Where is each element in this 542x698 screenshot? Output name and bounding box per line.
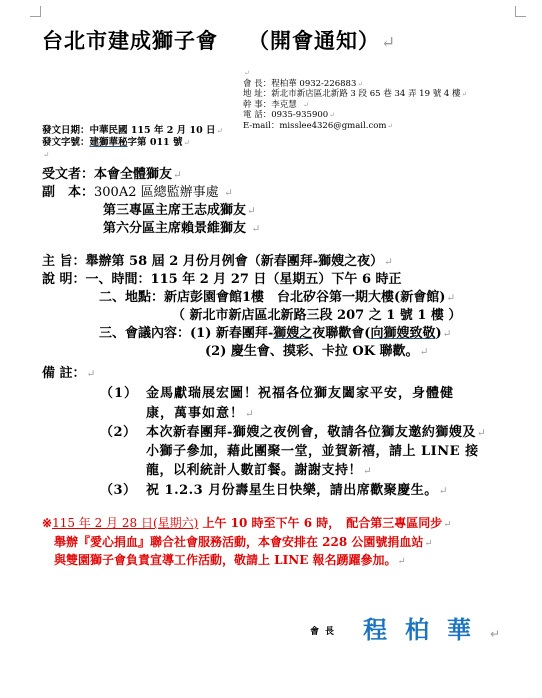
notice-line-2: 舉辦『愛心捐血』聯合社會服務活動，本會安排在 228 公園號捐血站↵ — [42, 534, 451, 553]
subject: 主 旨：舉辦第 58 屆 2 月份月例會（新春團拜-獅嫂之夜）↵ — [42, 253, 461, 271]
cc-line-1: 副 本：300A2 區總監辦事處 ↵ — [42, 184, 260, 202]
subject-block: 主 旨：舉辦第 58 屆 2 月份月例會（新春團拜-獅嫂之夜）↵ 說 明：一、時… — [42, 253, 461, 361]
recipients-block: 受文者：本會全體獅友↵ 副 本：300A2 區總監辦事處 ↵ 第三專區主席王志成… — [42, 166, 260, 238]
info-email: E-mail：misslee4326@gmail.com↵ — [243, 121, 467, 132]
cc-line-3: 第六分區主席賴景維獅友 ↵ — [42, 220, 260, 238]
note-2: （2） 本次新春團拜-獅嫂之夜例會，敬請各位獅友邀約獅嫂及↵ 小獅子參加，藉此團… — [100, 424, 137, 442]
desc-agenda-2: (2) 慶生會、摸彩、卡拉 OK 聯歡。↵ — [42, 343, 461, 361]
document-title: 台北市建成獅子會（開會通知）↵ — [42, 25, 396, 55]
info-president: 會 長：程柏華 0932-226883↵ — [243, 79, 467, 90]
info-address: 地 址：新北市新店區北新路 3 段 65 巷 34 弄 19 號 4 樓↵ — [243, 89, 467, 100]
issue-date: 發文日期：中華民國 115 年 2 月 10 日↵ — [42, 125, 223, 137]
cc-line-2: 第三專區主席王志成獅友↵ — [42, 202, 260, 220]
blood-donation-notice: ※115 年 2 月 28 日(星期六) 上午 10 時至下午 6 時， 配合第… — [42, 515, 451, 571]
desc-agenda-1: 三、會議內容：(1) 新春團拜-獅嫂之夜聯歡會(向獅嫂致敬)↵ — [42, 325, 461, 343]
paragraph-mark-icon: ↵ — [381, 32, 396, 52]
paragraph-mark-icon: ↵ — [244, 69, 250, 77]
org-name: 台北市建成獅子會 — [42, 28, 218, 53]
page-corner-mark-left — [30, 6, 41, 17]
header-info-block: ↵ 會 長：程柏華 0932-226883↵ 地 址：新北市新店區北新路 3 段… — [243, 68, 467, 131]
page-corner-mark-right — [515, 6, 526, 17]
signature-label: 會長 — [310, 624, 340, 637]
notice-type: （開會通知） — [248, 28, 380, 53]
recipient: 受文者：本會全體獅友↵ — [42, 166, 260, 184]
note-3: （3） 祝 1.2.3 月份壽星生日快樂，請出席歡聚慶生。↵ — [100, 482, 137, 500]
desc-place: 二、地點：新店彭園會館1樓 台北矽谷第一期大樓(新會館)↵ — [42, 289, 461, 307]
signature-name: 程柏華↵ — [363, 610, 500, 645]
desc-address: （ 新北市新店區北新路三段 207 之 1 號 1 樓 ） — [42, 307, 461, 325]
notice-line-3: 與雙園獅子會負責宣導工作活動，敬請上 LINE 報名踴躍參加。↵ — [42, 552, 451, 571]
issue-meta: 發文日期：中華民國 115 年 2 月 10 日↵ 發文字號：建獅華秘字第 01… — [42, 125, 223, 161]
notes-label: 備 註：↵ — [42, 365, 95, 383]
notice-line-1: ※115 年 2 月 28 日(星期六) 上午 10 時至下午 6 時， 配合第… — [42, 515, 451, 534]
issue-number: 發文字號：建獅華秘字第 011 號↵ — [42, 137, 223, 149]
desc-time: 說 明：一、時間：115 年 2 月 27 日（星期五）下午 6 時正 — [42, 271, 461, 289]
info-secretary: 幹 事：李克慧 ↵ — [243, 100, 467, 111]
note-1: （1） 金馬獻瑞展宏圖！祝福各位獅友闔家平安，身體健 康，萬事如意！↵ — [100, 385, 138, 403]
info-phone: 電 話：0935-935900↵ — [243, 110, 467, 121]
